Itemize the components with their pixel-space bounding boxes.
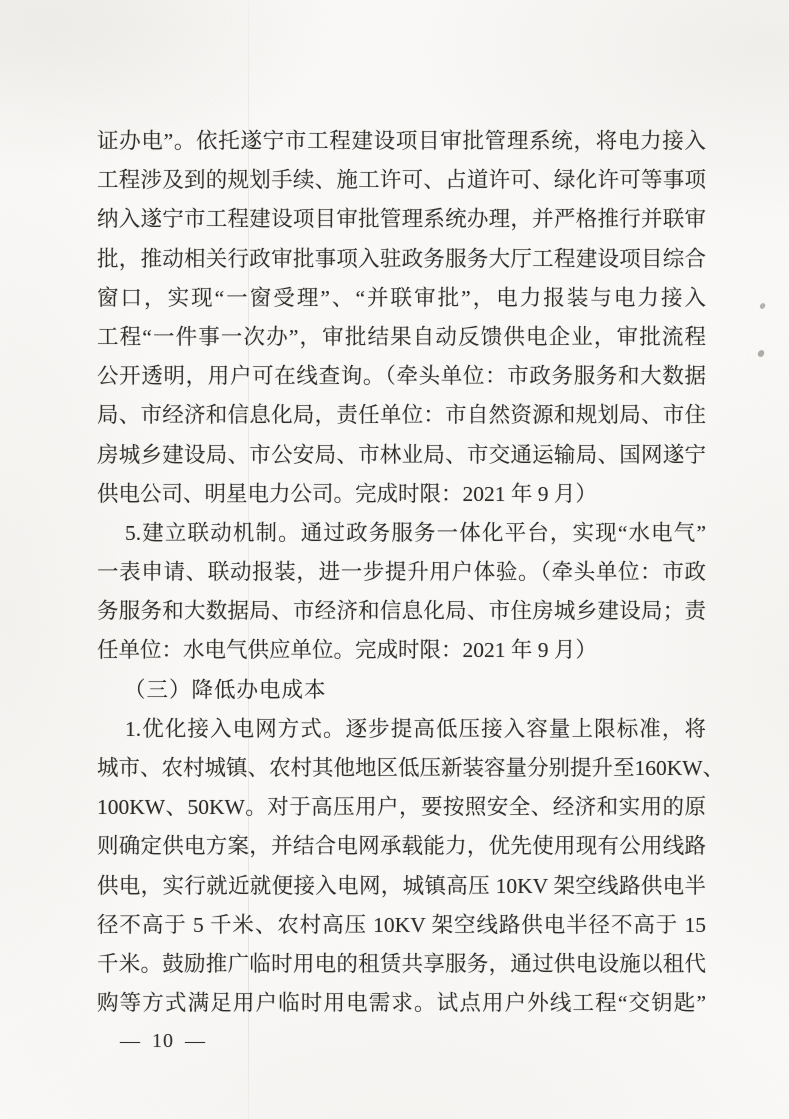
text-line: 任单位：水电气供应单位。完成时限：2021 年 9 月） xyxy=(97,631,706,670)
text-line: 径不高于 5 千米、农村高压 10KV 架空线路供电半径不高于 15 xyxy=(97,906,706,945)
text-line: 公开透明，用户可在线查询。（牵头单位：市政务服务和大数据 xyxy=(97,357,706,396)
text-line: 供电公司、明星电力公司。完成时限：2021 年 9 月） xyxy=(97,475,706,514)
text-line: 100KW、50KW。对于高压用户，要按照安全、经济和实用的原 xyxy=(97,788,706,827)
scan-speck xyxy=(759,302,766,309)
text-line: 批，推动相关行政审批事项入驻政务服务大厅工程建设项目综合 xyxy=(97,240,706,279)
text-line: 窗口，实现“一窗受理”、“并联审批”，电力报装与电力接入 xyxy=(97,279,706,318)
page-number: — 10 — xyxy=(120,1030,206,1053)
text-line: 千米。鼓励推广临时用电的租赁共享服务，通过供电设施以租代 xyxy=(97,945,706,984)
document-page: 证办电”。依托遂宁市工程建设项目审批管理系统，将电力接入工程涉及到的规划手续、施… xyxy=(0,0,789,1119)
text-line: 务服务和大数据局、市经济和信息化局、市住房城乡建设局；责 xyxy=(97,592,706,631)
document-body: 证办电”。依托遂宁市工程建设项目审批管理系统，将电力接入工程涉及到的规划手续、施… xyxy=(97,122,706,1023)
text-line: 房城乡建设局、市公安局、市林业局、市交通运输局、国网遂宁 xyxy=(97,436,706,475)
section-heading: （三）降低办电成本 xyxy=(97,671,706,710)
text-line: 一表申请、联动报装，进一步提升用户体验。（牵头单位：市政 xyxy=(97,553,706,592)
text-line: 1.优化接入电网方式。逐步提高低压接入容量上限标准，将 xyxy=(97,710,706,749)
text-line: 供电，实行就近就便接入电网，城镇高压 10KV 架空线路供电半 xyxy=(97,867,706,906)
text-line: 城市、农村城镇、农村其他地区低压新装容量分别提升至160KW、 xyxy=(97,749,706,788)
text-line: 纳入遂宁市工程建设项目审批管理系统办理，并严格推行并联审 xyxy=(97,200,706,239)
text-line: 则确定供电方案，并结合电网承载能力，优先使用现有公用线路 xyxy=(97,827,706,866)
text-line: 工程涉及到的规划手续、施工许可、占道许可、绿化许可等事项 xyxy=(97,161,706,200)
text-line: 证办电”。依托遂宁市工程建设项目审批管理系统，将电力接入 xyxy=(97,122,706,161)
scan-speck xyxy=(757,349,765,358)
text-line: 5.建立联动机制。通过政务服务一体化平台，实现“水电气” xyxy=(97,514,706,553)
text-line: 工程“一件事一次办”，审批结果自动反馈供电企业，审批流程 xyxy=(97,318,706,357)
text-line: 局、市经济和信息化局，责任单位：市自然资源和规划局、市住 xyxy=(97,396,706,435)
text-line: 购等方式满足用户临时用电需求。试点用户外线工程“交钥匙” xyxy=(97,984,706,1023)
